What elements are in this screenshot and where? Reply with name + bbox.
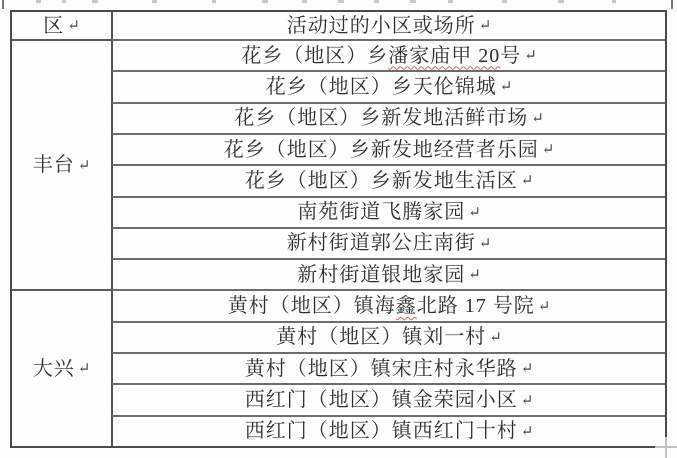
district-cell: 丰台↵ [12, 39, 111, 289]
paragraph-mark: ↵ [531, 112, 544, 127]
place-text: 西红门（地区）镇金荣园小区 [245, 390, 518, 410]
paragraph-mark: ↵ [538, 300, 551, 315]
paragraph-mark: ↵ [521, 425, 534, 440]
district-header-cell: 区↵ [12, 12, 111, 39]
document-page: 区↵ 活动过的小区或场所↵ 丰台↵花乡（地区）乡潘家庙甲 20 号↵花乡（地区）… [0, 0, 677, 458]
district-cell: 大兴↵ [12, 289, 111, 446]
place-cell: 西红门（地区）镇金荣园小区↵ [111, 383, 665, 414]
place-cell: 花乡（地区）乡新发地经营者乐园↵ [111, 133, 665, 164]
place-header-cell: 活动过的小区或场所↵ [111, 12, 665, 39]
place-cell: 黄村（地区）镇宋庄村永华路↵ [111, 352, 665, 383]
spellcheck-marked-text: 潘家庙甲 20 [388, 46, 500, 66]
place-text: 北路 17 号院 [417, 296, 535, 316]
paragraph-mark: ↵ [479, 237, 492, 252]
place-text: 西红门（地区）镇西红门十村 [245, 421, 518, 441]
paragraph-mark: ↵ [521, 362, 534, 377]
place-cell: 花乡（地区）乡天伦锦城↵ [111, 70, 665, 101]
place-text: 花乡（地区）乡新发地经营者乐园 [224, 140, 539, 160]
paragraph-mark: ↵ [78, 159, 91, 174]
place-text: 花乡（地区）乡 [241, 46, 388, 66]
cropped-text-remnants [0, 0, 677, 9]
district-label: 大兴 [33, 359, 75, 379]
place-cell: 新村街道银地家园↵ [111, 258, 665, 289]
place-cell: 西红门（地区）镇西红门十村↵ [111, 415, 665, 446]
locations-table: 区↵ 活动过的小区或场所↵ 丰台↵花乡（地区）乡潘家庙甲 20 号↵花乡（地区）… [10, 10, 667, 448]
paragraph-mark: ↵ [524, 49, 537, 64]
place-text: 号 [500, 46, 521, 66]
place-text: 花乡（地区）乡新发地生活区 [245, 171, 518, 191]
place-cell: 花乡（地区）乡新发地活鲜市场↵ [111, 102, 665, 133]
place-cell: 黄村（地区）镇海鑫北路 17 号院↵ [111, 289, 665, 320]
place-cell: 花乡（地区）乡潘家庙甲 20 号↵ [111, 39, 665, 70]
paragraph-mark: ↵ [67, 19, 80, 34]
place-text: 新村街道银地家园 [297, 265, 465, 285]
place-text: 黄村（地区）镇海 [228, 296, 396, 316]
place-text: 花乡（地区）乡天伦锦城 [266, 77, 497, 97]
place-text: 南苑街道飞腾家园 [297, 202, 465, 222]
paragraph-mark: ↵ [468, 268, 481, 283]
district-header-label: 区 [43, 16, 64, 36]
paragraph-mark: ↵ [479, 19, 492, 34]
place-cell: 黄村（地区）镇刘一村↵ [111, 321, 665, 352]
district-label: 丰台 [33, 155, 75, 175]
paragraph-mark: ↵ [468, 206, 481, 221]
place-text: 新村街道郭公庄南街 [287, 233, 476, 253]
place-text: 黄村（地区）镇刘一村 [276, 327, 486, 347]
spellcheck-marked-text: 鑫 [396, 296, 417, 316]
place-cell: 新村街道郭公庄南街↵ [111, 227, 665, 258]
paragraph-mark: ↵ [521, 174, 534, 189]
paragraph-mark: ↵ [78, 362, 91, 377]
paragraph-mark: ↵ [500, 80, 513, 95]
place-text: 黄村（地区）镇宋庄村永华路 [245, 359, 518, 379]
paragraph-mark: ↵ [542, 143, 555, 158]
place-text: 花乡（地区）乡新发地活鲜市场 [234, 108, 528, 128]
place-cell: 花乡（地区）乡新发地生活区↵ [111, 164, 665, 195]
place-header-label: 活动过的小区或场所 [287, 16, 476, 36]
paragraph-mark: ↵ [489, 331, 502, 346]
paragraph-mark: ↵ [521, 394, 534, 409]
place-cell: 南苑街道飞腾家园↵ [111, 196, 665, 227]
